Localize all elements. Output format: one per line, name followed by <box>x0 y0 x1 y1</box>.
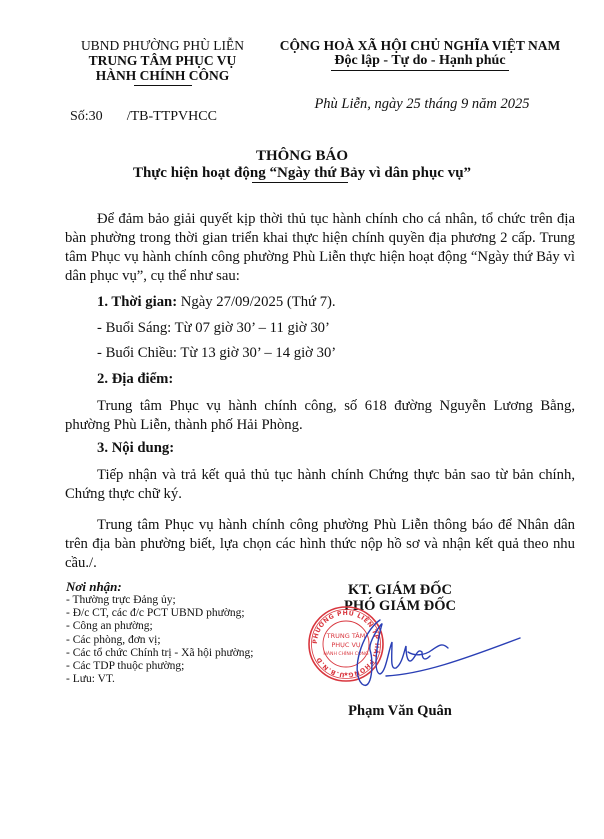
svg-text:★: ★ <box>343 671 348 678</box>
content-paragraph: Tiếp nhận và trả kết quả thủ tục hành ch… <box>65 466 575 504</box>
recipient-item: - Công an phường; <box>66 620 254 633</box>
location-paragraph: Trung tâm Phục vụ hành chính công, số 61… <box>65 397 575 435</box>
intro-paragraph: Để đảm bảo giải quyết kịp thời thủ tục h… <box>65 210 575 286</box>
closing-paragraph: Trung tâm Phục vụ hành chính công phường… <box>65 516 575 573</box>
location-text: Trung tâm Phục vụ hành chính công, số 61… <box>65 398 575 433</box>
motto-underline <box>331 70 509 71</box>
recipient-item: - Các TDP thuộc phường; <box>66 660 254 673</box>
section-time-value: Ngày 27/09/2025 (Thứ 7). <box>177 294 336 310</box>
issuing-agency: UBND PHƯỜNG PHÙ LIỄN TRUNG TÂM PHỤC VỤ H… <box>40 38 285 86</box>
section-content-label: 3. Nội dung: <box>97 440 174 457</box>
signatory-line1: KT. GIÁM ĐỐC <box>300 582 500 598</box>
place-date: Phù Liễn, ngày 25 tháng 9 năm 2025 <box>262 96 582 113</box>
org-name-line2: HÀNH CHÍNH CÔNG <box>40 68 285 83</box>
number-suffix: /TB-TTPVHCC <box>127 109 217 124</box>
title-underline <box>252 182 348 183</box>
national-header: CỘNG HOÀ XÃ HỘI CHỦ NGHĨA VIỆT NAM Độc l… <box>255 38 585 71</box>
recipients-heading: Nơi nhận: <box>66 580 254 594</box>
recipient-item: - Thường trực Đảng ủy; <box>66 594 254 607</box>
recipients-list: Nơi nhận: - Thường trực Đảng ủy; - Đ/c C… <box>66 580 254 686</box>
section-location-label: 2. Địa điểm: <box>97 371 173 388</box>
country-name: CỘNG HOÀ XÃ HỘI CHỦ NGHĨA VIỆT NAM <box>255 38 585 53</box>
morning-hours: - Buổi Sáng: Từ 07 giờ 30’ – 11 giờ 30’ <box>97 320 330 337</box>
section-time-label: 1. Thời gian: <box>97 294 177 310</box>
org-name-line1: TRUNG TÂM PHỤC VỤ <box>40 53 285 68</box>
authority-name: UBND PHƯỜNG PHÙ LIỄN <box>40 38 285 53</box>
intro-text: Để đảm bảo giải quyết kịp thời thủ tục h… <box>65 211 575 284</box>
title-subheading: Thực hiện hoạt động “Ngày thứ Bảy vì dân… <box>0 165 604 182</box>
content-text: Tiếp nhận và trả kết quả thủ tục hành ch… <box>65 467 575 502</box>
section-time: 1. Thời gian: Ngày 27/09/2025 (Thứ 7). <box>97 294 336 311</box>
recipient-item: - Các tổ chức Chính trị - Xã hội phường; <box>66 647 254 660</box>
handwritten-signature-icon <box>352 612 522 692</box>
afternoon-hours: - Buổi Chiều: Từ 13 giờ 30’ – 14 giờ 30’ <box>97 345 336 362</box>
header-left-divider <box>134 85 192 86</box>
recipient-item: - Lưu: VT. <box>66 673 254 686</box>
recipient-item: - Đ/c CT, các đ/c PCT UBND phường; <box>66 607 254 620</box>
number-label: Số:30 <box>70 109 103 124</box>
document-title: THÔNG BÁO Thực hiện hoạt động “Ngày thứ … <box>0 148 604 182</box>
closing-text: Trung tâm Phục vụ hành chính công phường… <box>65 517 575 571</box>
document-number: Số:30/TB-TTPVHCC <box>70 109 217 125</box>
national-motto: Độc lập - Tự do - Hạnh phúc <box>255 53 585 68</box>
signer-name: Phạm Văn Quân <box>300 703 500 720</box>
title-heading: THÔNG BÁO <box>0 148 604 165</box>
recipient-item: - Các phòng, đơn vị; <box>66 634 254 647</box>
